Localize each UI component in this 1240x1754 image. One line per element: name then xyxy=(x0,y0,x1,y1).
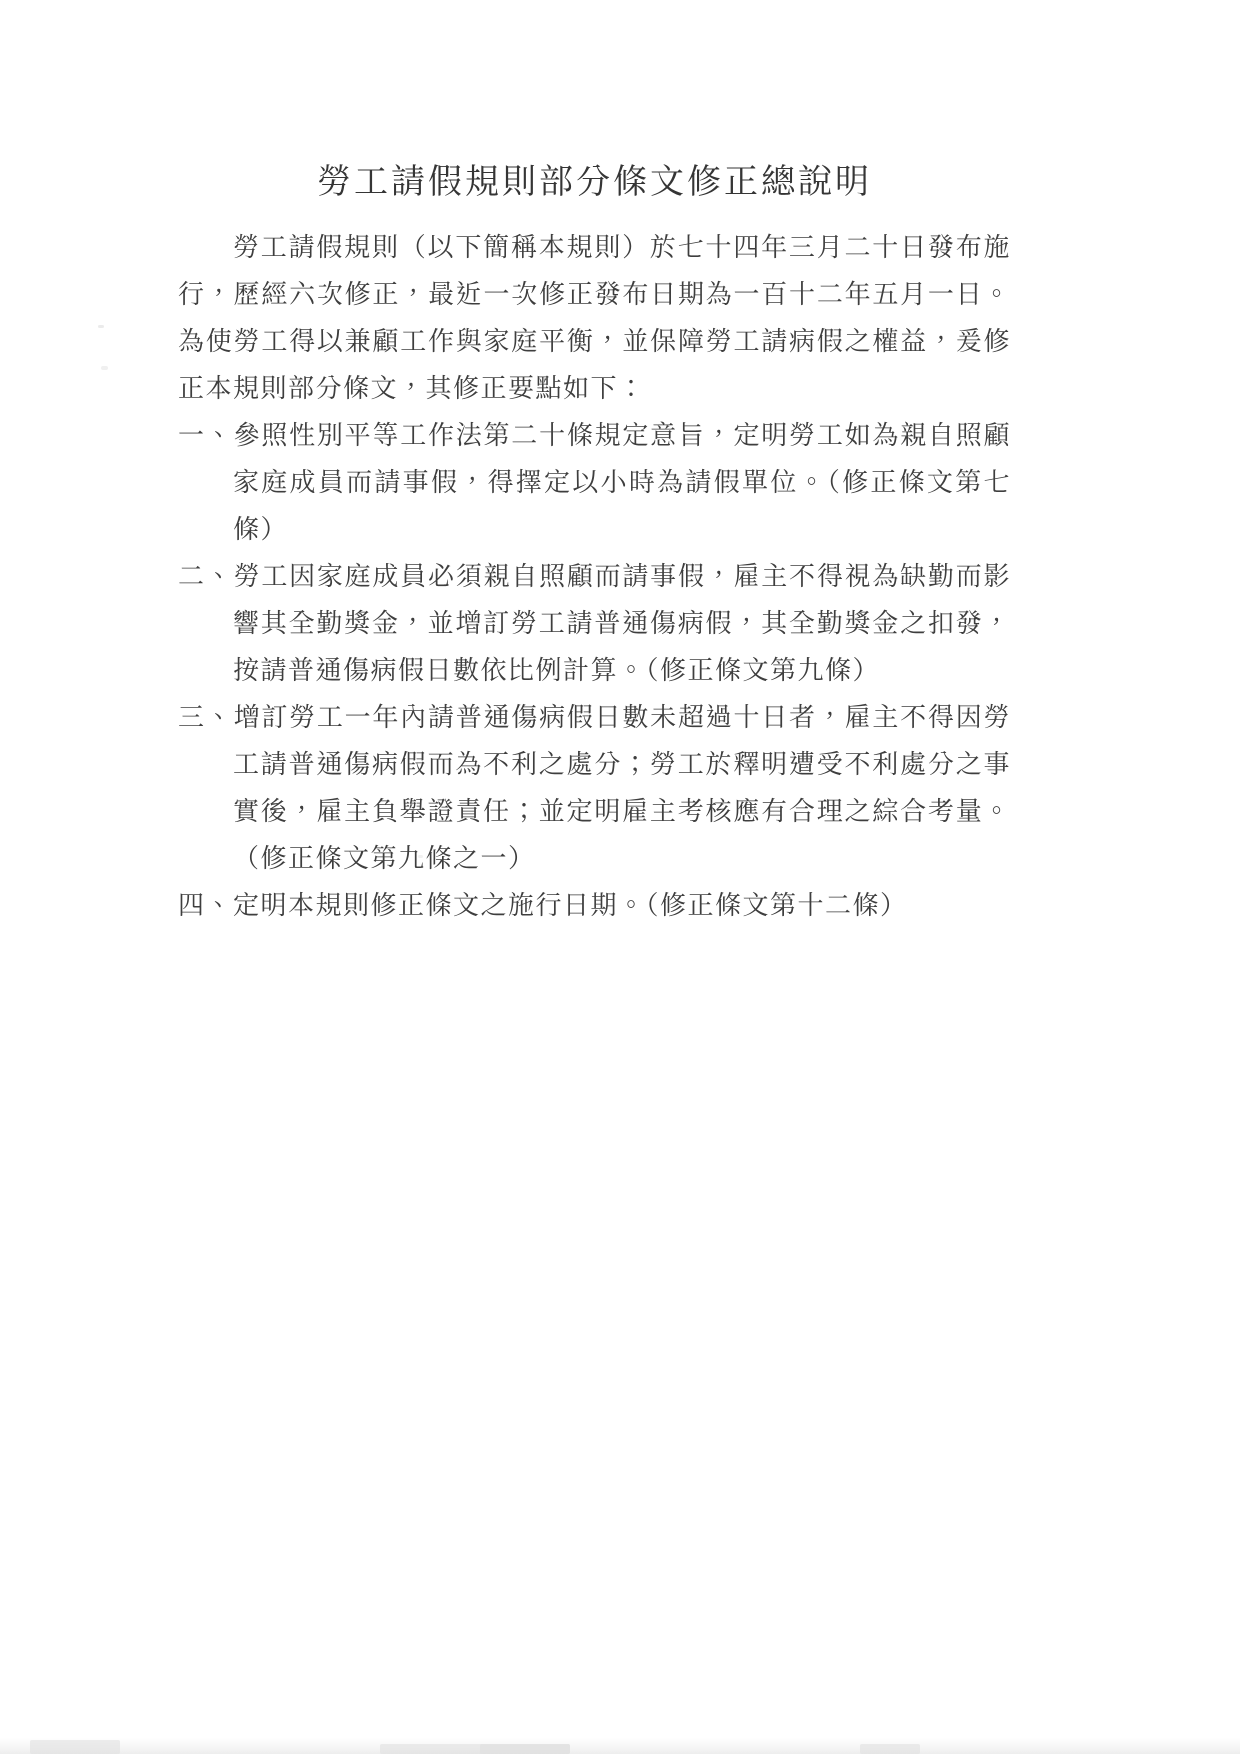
scan-speck xyxy=(418,855,423,858)
list-item: 二、勞工因家庭成員必須親自照顧而請事假，雇主不得視為缺勤而影響其全勤獎金，並增訂… xyxy=(178,553,1011,694)
list-item-text: 增訂勞工一年內請普通傷病假日數未超過十日者，雇主不得因勞工請普通傷病假而為不利之… xyxy=(233,703,1011,873)
document-page: 勞工請假規則部分條文修正總說明 勞工請假規則（以下簡稱本規則）於七十四年三月二十… xyxy=(0,0,1240,1754)
list-item-text: 參照性別平等工作法第二十條規定意旨，定明勞工如為親自照顧家庭成員而請事假，得擇定… xyxy=(233,421,1011,544)
scan-speck xyxy=(101,366,108,370)
page-title: 勞工請假規則部分條文修正總說明 xyxy=(178,152,1011,214)
scan-edge-smudge xyxy=(30,1740,120,1754)
document-content: 勞工請假規則部分條文修正總說明 勞工請假規則（以下簡稱本規則）於七十四年三月二十… xyxy=(178,152,1011,929)
list-item: 三、增訂勞工一年內請普通傷病假日數未超過十日者，雇主不得因勞工請普通傷病假而為不… xyxy=(178,694,1011,882)
scan-bottom-edge-shadow xyxy=(0,1738,1240,1754)
list-item-number: 一、 xyxy=(178,421,234,450)
scan-edge-smudge xyxy=(860,1744,920,1754)
list-item: 一、參照性別平等工作法第二十條規定意旨，定明勞工如為親自照顧家庭成員而請事假，得… xyxy=(178,412,1011,553)
list-item-text: 勞工因家庭成員必須親自照顧而請事假，雇主不得視為缺勤而影響其全勤獎金，並增訂勞工… xyxy=(233,562,1011,685)
list-item-text: 定明本規則修正條文之施行日期。（修正條文第十二條） xyxy=(233,891,908,920)
scan-speck xyxy=(98,325,104,328)
scan-edge-smudge xyxy=(480,1744,570,1754)
list-item-number: 四、 xyxy=(178,891,233,920)
list-item-number: 二、 xyxy=(178,562,234,591)
list-item-number: 三、 xyxy=(178,703,234,732)
intro-paragraph: 勞工請假規則（以下簡稱本規則）於七十四年三月二十日發布施行，歷經六次修正，最近一… xyxy=(178,224,1011,412)
list-item: 四、定明本規則修正條文之施行日期。（修正條文第十二條） xyxy=(178,882,1011,929)
